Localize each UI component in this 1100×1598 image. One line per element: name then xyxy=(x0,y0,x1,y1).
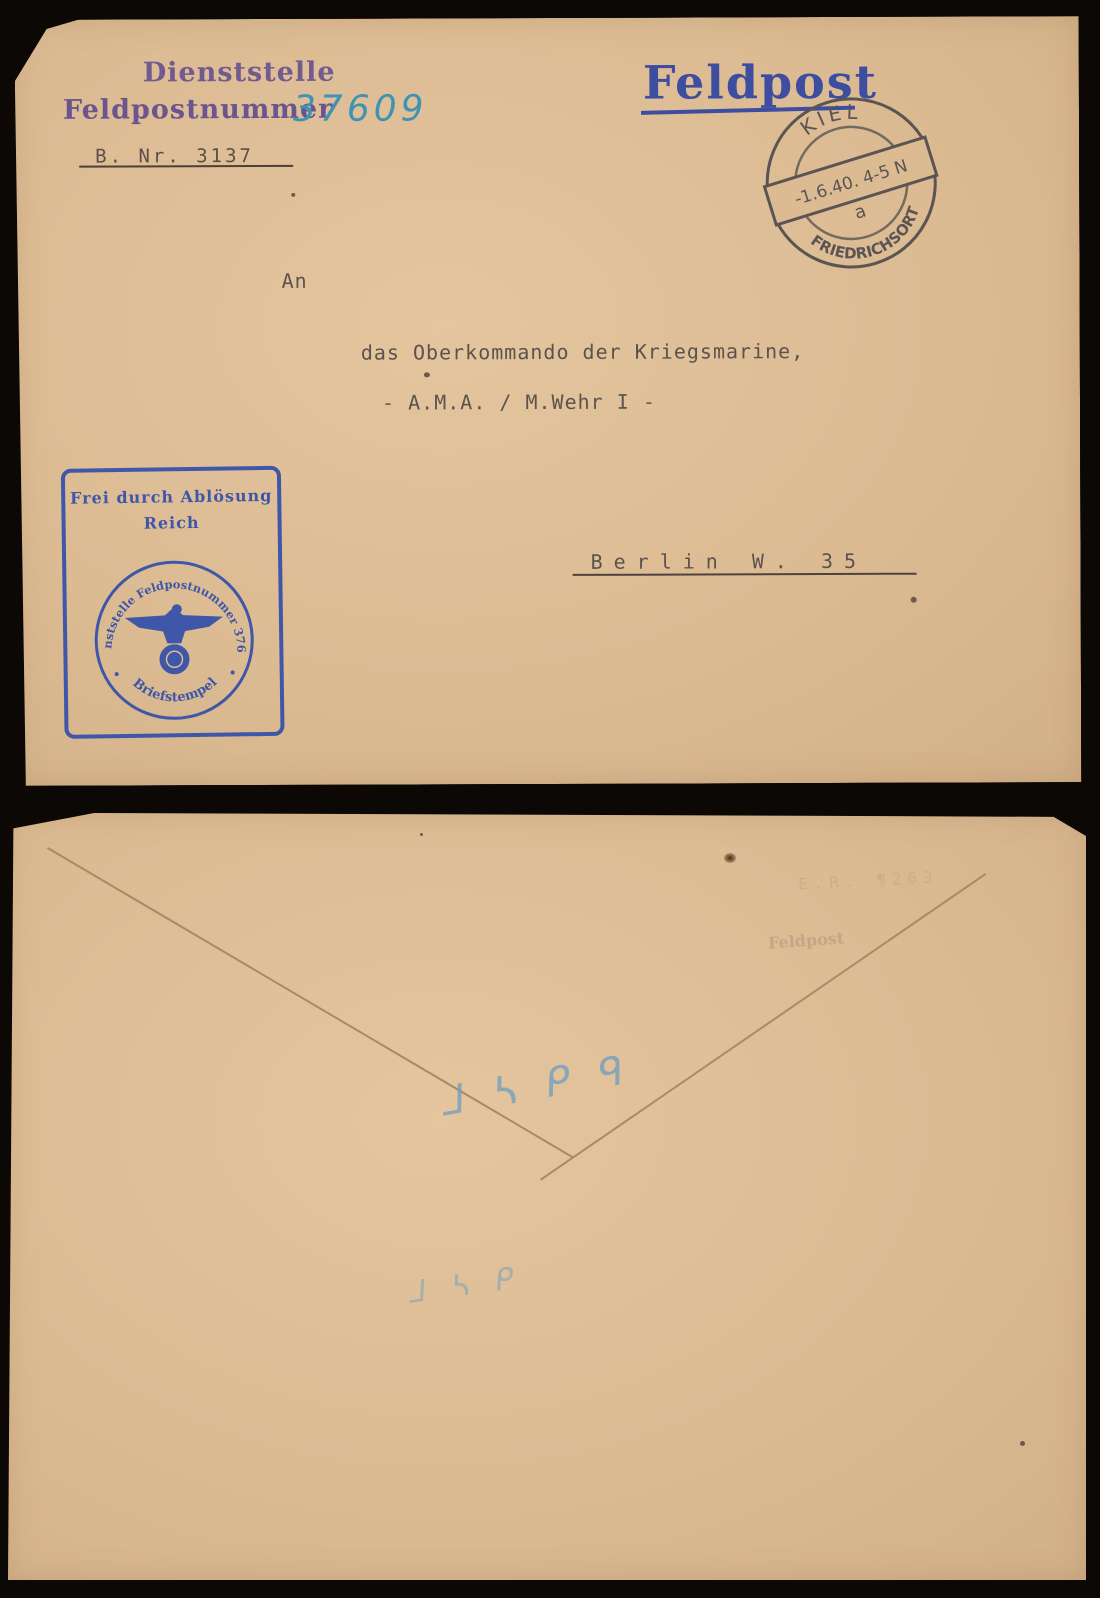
seal-emblem: Dienststelle Feldpostnummer 37609 Briefs… xyxy=(88,554,260,726)
address-city: Berlin W. 35 xyxy=(591,549,868,574)
embossed-mark: E.R. ¶263 xyxy=(798,867,940,893)
faint-stamp-offset: Feldpost xyxy=(767,928,844,952)
svg-text:Briefstempel: Briefstempel xyxy=(129,675,220,706)
envelope-back: E.R. ¶263 Feldpost ᒧ ᓴ ᑭ ᑫ ᒧ ᓴ ᑭ xyxy=(8,813,1086,1580)
address-salutation: An xyxy=(282,269,308,293)
reference-underline xyxy=(79,165,293,168)
paper-speck xyxy=(1020,1441,1025,1446)
frank-stamp: Frei durch Ablösung Reich Dienststelle F… xyxy=(61,466,285,739)
paper-speck xyxy=(424,372,430,377)
handwritten-feldpost-number: 37609 xyxy=(293,88,428,129)
flap-fold-right xyxy=(540,873,986,1180)
sender-stamp-line1: Dienststelle xyxy=(143,57,336,89)
frank-stamp-line2: Reich xyxy=(65,512,277,534)
address-city-underline xyxy=(573,573,917,576)
pencil-note-1: ᒧ ᓴ ᑭ ᑫ xyxy=(437,1047,635,1126)
seal-ring-bottom: Briefstempel xyxy=(129,675,220,706)
postmark-letter: a xyxy=(852,200,869,223)
paper-speck xyxy=(911,597,917,603)
pencil-note-2: ᒧ ᓴ ᑭ xyxy=(406,1260,524,1311)
paper-speck xyxy=(420,833,423,836)
paper-speck xyxy=(291,193,295,197)
frank-stamp-line1: Frei durch Ablösung xyxy=(65,486,277,508)
eagle-icon xyxy=(125,604,224,675)
envelope-front: Dienststelle Feldpostnummer 37609 B. Nr.… xyxy=(15,16,1082,786)
ink-stain xyxy=(724,853,736,863)
address-line1: das Oberkommando der Kriegsmarine, xyxy=(361,339,804,365)
address-line2: - A.M.A. / M.Wehr I - xyxy=(382,390,656,415)
